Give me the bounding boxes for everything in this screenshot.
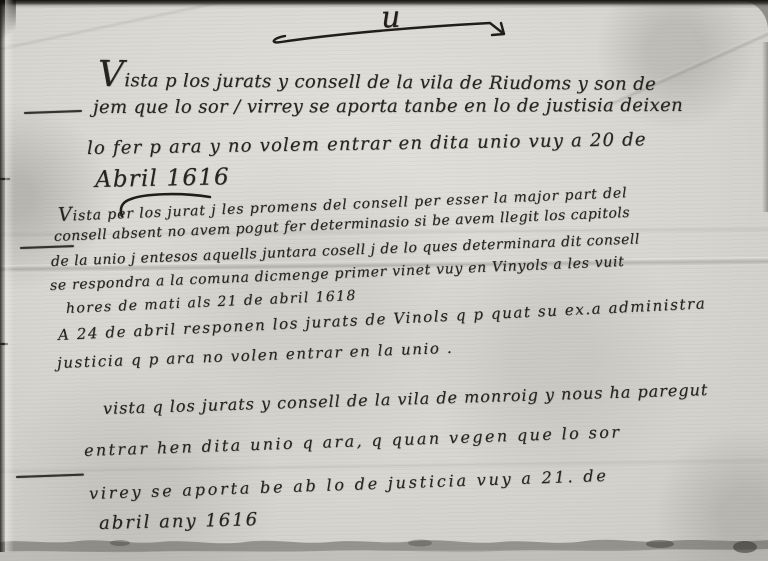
manuscript-scan: u Vista p los jurats y consell de la vil…: [0, 0, 768, 561]
bottom-ragged-edge: [0, 528, 768, 561]
paper-left-highlight: [5, 0, 14, 552]
manuscript-line-date: Abril 1616: [95, 164, 230, 193]
scan-right-edge: [762, 42, 768, 212]
manuscript-line: Vista p los jurats y consell de la vila …: [98, 54, 656, 99]
manuscript-line: jem que lo sor / virrey se aporta tanbe …: [93, 95, 683, 118]
scan-top-edge: [0, 0, 768, 8]
